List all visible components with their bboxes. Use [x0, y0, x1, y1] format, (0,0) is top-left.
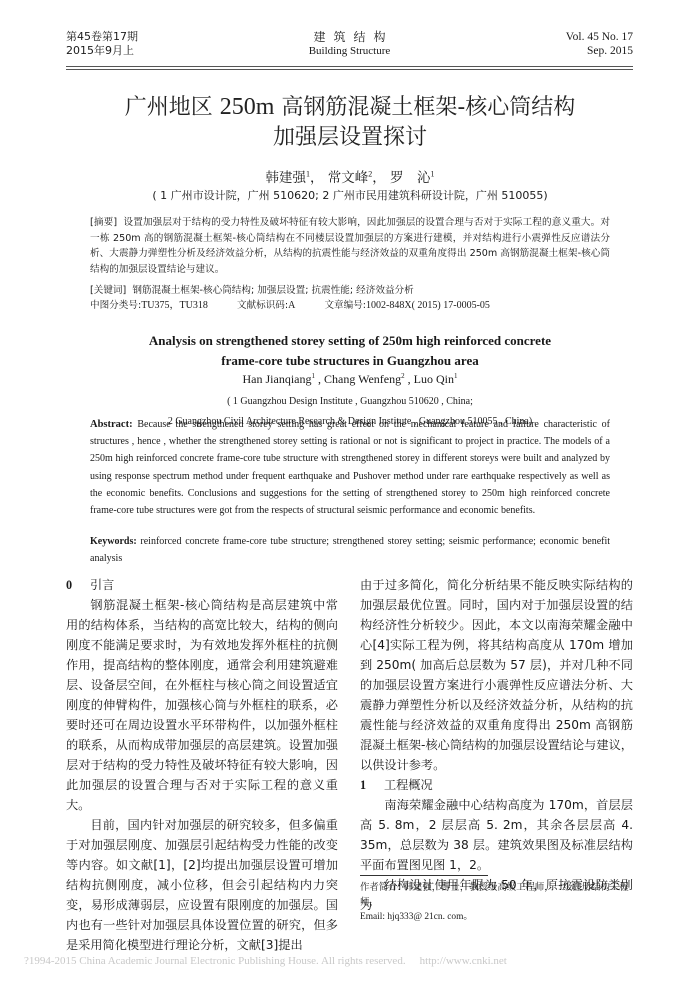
journal-volume-en: Vol. 45 No. 17 Sep. 2015 [566, 30, 633, 58]
author-list-cn: 韩建强1， 常文峰2， 罗 沁1 [60, 166, 640, 186]
journal-name-cn: 建筑结构 [66, 30, 633, 44]
footnote-divider [360, 875, 488, 876]
affiliation-cn: ( 1 广州市设计院，广州 510620; 2 广州市民用建筑科研设计院，广州 … [60, 187, 640, 203]
article-number: 1002-848X( 2015) 17-0005-05 [366, 300, 490, 311]
paragraph-continued: 由于过多简化，简化分析结果不能反映实际结构的加强层最优位置。同时，国内对于加强层… [360, 575, 633, 775]
keywords-cn: [关键词] 钢筋混凝土框架-核心筒结构; 加强层设置; 抗震性能; 经济效益分析 [90, 283, 610, 298]
abstract-en: Abstract: Because the strengthened store… [90, 416, 610, 519]
author-list-en: Han Jianqiang1 , Chang Wenfeng2 , Luo Qi… [60, 372, 640, 387]
cnki-link[interactable]: http://www.cnki.net [420, 955, 507, 967]
journal-name-en: Building Structure [66, 44, 633, 58]
document-code: A [288, 300, 295, 311]
paragraph: 钢筋混凝土框架-核心筒结构是高层建筑中常用的结构体系，当结构的高宽比较大，结构的… [66, 595, 338, 815]
title-line-2: 加强层设置探讨 [60, 123, 640, 153]
running-header: 第45卷第17期 2015年9月上 建筑结构 Building Structur… [66, 30, 633, 70]
paragraph: 目前，国内针对加强层的研究较多，但多偏重于对加强层刚度、加强层引起结构受力性能的… [66, 815, 338, 955]
abstract-text-en: Because the strengthened storey setting … [90, 419, 610, 516]
header-divider [66, 66, 633, 70]
body-column-left: 0引言 钢筋混凝土框架-核心筒结构是高层建筑中常用的结构体系，当结构的高宽比较大… [66, 575, 338, 955]
paragraph: 南海荣耀金融中心结构高度为 170m，首层层高 5. 8m，2 层层高 5. 2… [360, 795, 633, 875]
abstract-text-cn: 设置加强层对于结构的受力特性及破坏特征有较大影响，因此加强层的设置合理与否对于实… [90, 217, 610, 275]
keywords-label-en: Keywords: [90, 536, 137, 547]
section-heading-project-overview: 1工程概况 [360, 775, 633, 795]
abstract-cn: [摘要] 设置加强层对于结构的受力特性及破坏特征有较大影响，因此加强层的设置合理… [90, 215, 610, 277]
author-name: 韩建强 [265, 170, 306, 186]
abstract-label-en: Abstract: [90, 419, 133, 430]
clc-number: TU375，TU318 [141, 300, 208, 311]
copyright-watermark: ?1994-2015 China Academic Journal Electr… [24, 955, 624, 967]
issue-date-en: Sep. 2015 [566, 44, 633, 58]
author-name: 罗 沁 [390, 170, 431, 186]
keywords-text-en: reinforced concrete frame-core tube stru… [90, 536, 610, 564]
title-line-1: 广州地区 250m 高钢筋混凝土框架-核心筒结构 [60, 92, 640, 123]
keywords-en: Keywords: reinforced concrete frame-core… [90, 533, 610, 567]
section-heading-introduction: 0引言 [66, 575, 338, 595]
journal-name: 建筑结构 Building Structure [66, 30, 633, 58]
volume-issue-en: Vol. 45 No. 17 [566, 30, 633, 44]
keywords-text-cn: 钢筋混凝土框架-核心筒结构; 加强层设置; 抗震性能; 经济效益分析 [132, 285, 413, 296]
abstract-label-cn: [摘要] [90, 217, 117, 228]
classification-line: 中图分类号:TU375，TU318 文献标识码:A 文章编号:1002-848X… [90, 298, 610, 313]
keywords-label-cn: [关键词] [90, 285, 126, 296]
author-name: 常文峰 [328, 170, 369, 186]
author-email: Email: hjq333@ 21cn. com。 [360, 910, 633, 925]
body-column-right: 由于过多简化，简化分析结果不能反映实际结构的加强层最优位置。同时，国内对于加强层… [360, 575, 633, 915]
paper-title-cn: 广州地区 250m 高钢筋混凝土框架-核心筒结构 加强层设置探讨 [60, 92, 640, 153]
author-footnote: 作者简介: 韩建强，博士，教授级高级工程师，一级注册结构工程师， Email: … [360, 880, 633, 925]
paper-title-en: Analysis on strengthened storey setting … [60, 331, 640, 371]
